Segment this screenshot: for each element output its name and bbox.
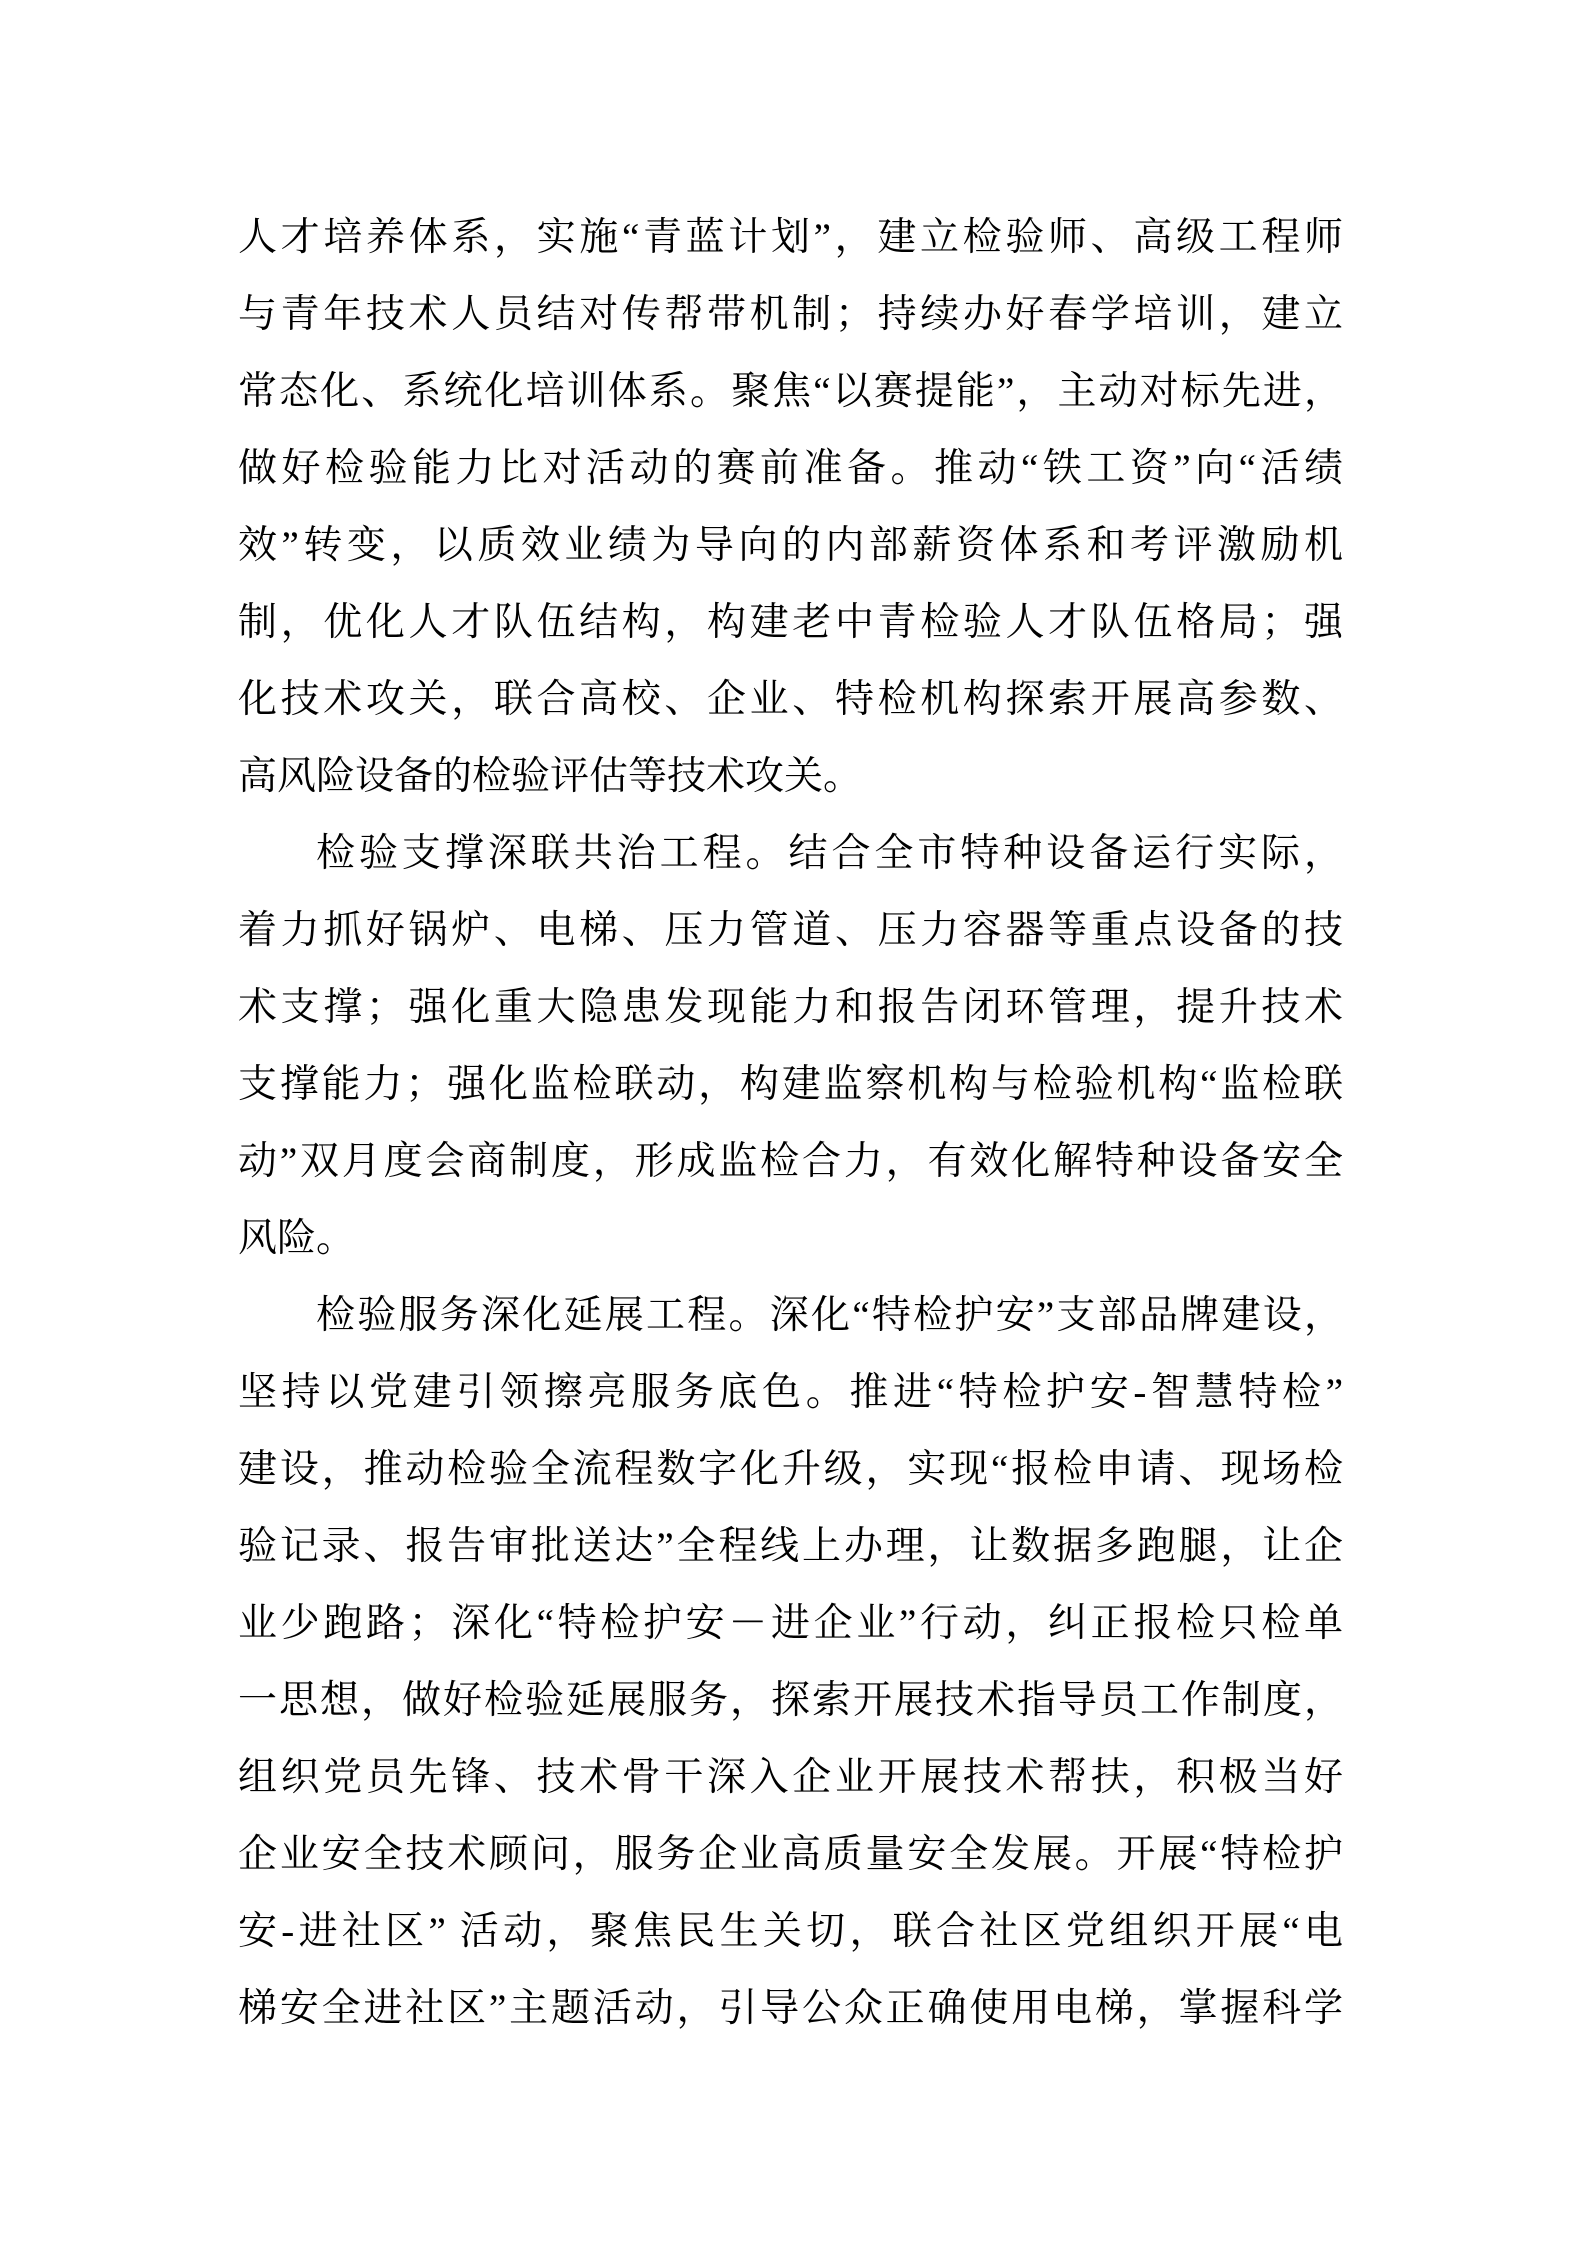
document-page: 人才培养体系，实施“青蓝计划”，建立检验师、高级工程师与青年技术人员结对传帮带机… bbox=[0, 0, 1587, 2245]
text-line: 验记录、报告审批送达”全程线上办理，让数据多跑腿，让企 bbox=[238, 1508, 1343, 1585]
text-line: 风险。 bbox=[238, 1200, 1343, 1277]
text-line: 人才培养体系，实施“青蓝计划”，建立检验师、高级工程师 bbox=[238, 199, 1343, 276]
body-text: 人才培养体系，实施“青蓝计划”，建立检验师、高级工程师与青年技术人员结对传帮带机… bbox=[238, 199, 1343, 2047]
text-line: 与青年技术人员结对传帮带机制；持续办好春学培训，建立 bbox=[238, 276, 1343, 353]
text-line: 动”双月度会商制度，形成监检合力，有效化解特种设备安全 bbox=[238, 1123, 1343, 1200]
text-line: 常态化、系统化培训体系。聚焦“以赛提能”，主动对标先进， bbox=[238, 353, 1343, 430]
text-line: 着力抓好锅炉、电梯、压力管道、压力容器等重点设备的技 bbox=[238, 892, 1343, 969]
paragraph: 人才培养体系，实施“青蓝计划”，建立检验师、高级工程师与青年技术人员结对传帮带机… bbox=[238, 199, 1343, 815]
paragraph: 检验服务深化延展工程。深化“特检护安”支部品牌建设，坚持以党建引领擦亮服务底色。… bbox=[238, 1277, 1343, 2047]
text-line: 术支撑；强化重大隐患发现能力和报告闭环管理，提升技术 bbox=[238, 969, 1343, 1046]
text-line: 化技术攻关，联合高校、企业、特检机构探索开展高参数、 bbox=[238, 661, 1343, 738]
text-line: 检验支撑深联共治工程。结合全市特种设备运行实际， bbox=[238, 815, 1343, 892]
text-line: 做好检验能力比对活动的赛前准备。推动“铁工资”向“活绩 bbox=[238, 430, 1343, 507]
text-line: 一思想，做好检验延展服务，探索开展技术指导员工作制度， bbox=[238, 1662, 1343, 1739]
text-line: 建设，推动检验全流程数字化升级，实现“报检申请、现场检 bbox=[238, 1431, 1343, 1508]
text-line: 效”转变，以质效业绩为导向的内部薪资体系和考评激励机 bbox=[238, 507, 1343, 584]
text-line: 制，优化人才队伍结构，构建老中青检验人才队伍格局；强 bbox=[238, 584, 1343, 661]
text-line: 梯安全进社区”主题活动，引导公众正确使用电梯，掌握科学 bbox=[238, 1970, 1343, 2047]
text-line: 业少跑路；深化“特检护安－进企业”行动，纠正报检只检单 bbox=[238, 1585, 1343, 1662]
text-line: 支撑能力；强化监检联动，构建监察机构与检验机构“监检联 bbox=[238, 1046, 1343, 1123]
text-line: 组织党员先锋、技术骨干深入企业开展技术帮扶，积极当好 bbox=[238, 1739, 1343, 1816]
text-line: 安-进社区” 活动，聚焦民生关切，联合社区党组织开展“电 bbox=[238, 1893, 1343, 1970]
text-line: 企业安全技术顾问，服务企业高质量安全发展。开展“特检护 bbox=[238, 1816, 1343, 1893]
text-line: 高风险设备的检验评估等技术攻关。 bbox=[238, 738, 1343, 815]
paragraph: 检验支撑深联共治工程。结合全市特种设备运行实际，着力抓好锅炉、电梯、压力管道、压… bbox=[238, 815, 1343, 1277]
text-line: 检验服务深化延展工程。深化“特检护安”支部品牌建设， bbox=[238, 1277, 1343, 1354]
text-line: 坚持以党建引领擦亮服务底色。推进“特检护安-智慧特检” bbox=[238, 1354, 1343, 1431]
